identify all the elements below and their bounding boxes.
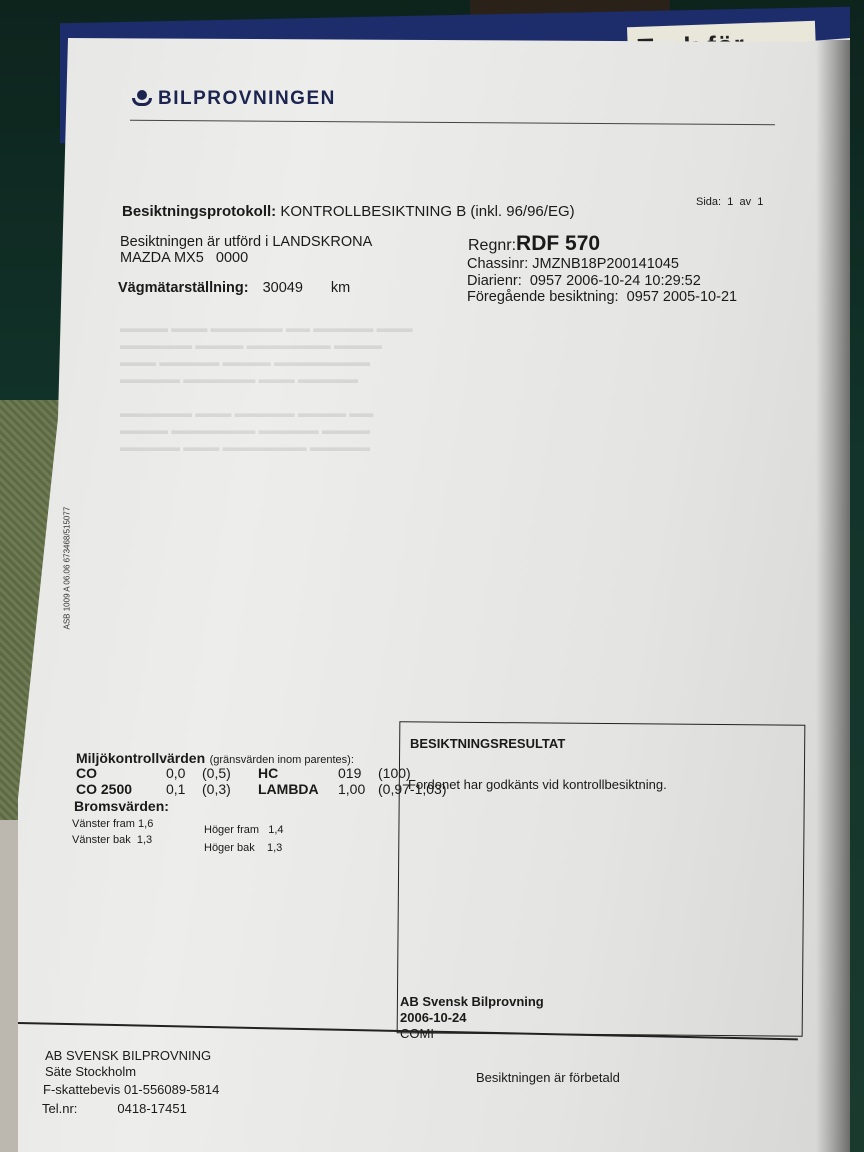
odometer: Vägmätarställning: 30049 km: [118, 280, 350, 296]
footer-phone: Tel.nr:0418-17451: [42, 1101, 187, 1116]
odometer-unit: km: [331, 280, 350, 296]
brakes-title: Bromsvärden:: [74, 798, 169, 814]
brake-right-rear: Höger bak 1,3: [204, 842, 282, 854]
emissions-table: CO 0,0 (0,5) HC 019 (100) CO 2500 0,1 (0…: [76, 765, 446, 797]
result-company: AB Svensk Bilprovning: [400, 994, 544, 1009]
chassis-number: Chassinr: JMZNB18P200141045: [467, 256, 679, 272]
form-code: ASB 1009 A 06.06 673468/515077: [63, 500, 72, 630]
bleed-through-text: ▬▬▬▬ ▬▬▬ ▬▬▬▬▬▬ ▬▬ ▬▬▬▬▬ ▬▬▬▬▬▬▬▬▬ ▬▬▬▬ …: [120, 320, 450, 456]
result-title: BESIKTNINGSRESULTAT: [410, 736, 565, 751]
bilprovningen-logo: BILPROVNINGEN: [132, 88, 336, 110]
footer-company: AB SVENSK BILPROVNING: [45, 1048, 211, 1063]
brake-right-front: Höger fram 1,4: [204, 824, 284, 836]
diary-number: Diarienr: 0957 2006-10-24 10:29:52: [467, 273, 701, 289]
inspection-location: Besiktningen är utförd i LANDSKRONA: [120, 234, 372, 250]
brake-left-front: Vänster fram 1,6: [72, 818, 153, 830]
regnr-value: RDF 570: [516, 232, 600, 255]
previous-inspection: Föregående besiktning: 0957 2005-10-21: [467, 289, 737, 305]
result-text: Fordonet har godkänts vid kontrollbesikt…: [408, 777, 667, 792]
registration-number: Regnr:RDF 570: [468, 232, 600, 256]
vehicle-model: MAZDA MX5 0000: [120, 250, 248, 266]
logo-text: BILPROVNINGEN: [158, 88, 336, 110]
prepaid-note: Besiktningen är förbetald: [476, 1070, 620, 1085]
result-date: 2006-10-24: [400, 1010, 467, 1025]
result-box: [397, 721, 806, 1037]
odometer-value: 30049: [263, 280, 303, 296]
brake-left-rear: Vänster bak 1,3: [72, 834, 152, 846]
protocol-title: Besiktningsprotokoll: KONTROLLBESIKTNING…: [122, 203, 575, 220]
footer-seat: Säte Stockholm: [45, 1064, 136, 1079]
footer-tax: F-skattebevis 01-556089-5814: [43, 1082, 219, 1097]
bilprovningen-logo-icon: [132, 90, 152, 108]
result-inspector: COMI: [400, 1026, 434, 1041]
protocol-label: Besiktningsprotokoll:: [122, 203, 276, 220]
sheet-edge-shadow: [816, 40, 850, 1152]
page-indicator: Sida: 1 av 1: [696, 196, 763, 208]
emissions-row: CO 0,0 (0,5) HC 019 (100): [76, 765, 446, 781]
protocol-type: KONTROLLBESIKTNING B (inkl. 96/96/EG): [280, 203, 574, 220]
emissions-row: CO 2500 0,1 (0,3) LAMBDA 1,00 (0,97-1,03…: [76, 781, 446, 797]
